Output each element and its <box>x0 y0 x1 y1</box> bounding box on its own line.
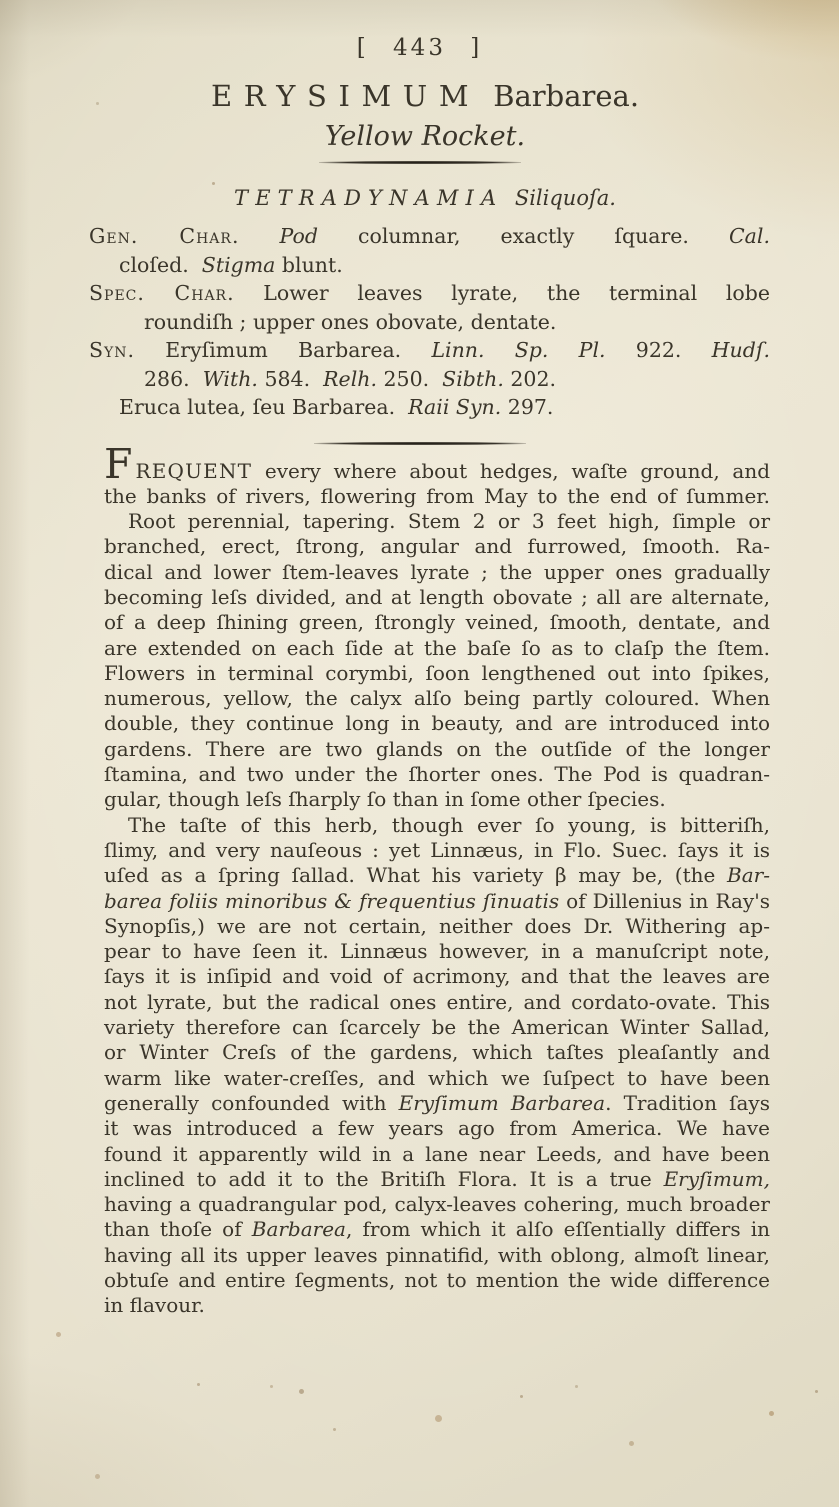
text-segment: in flavour. <box>104 1293 205 1317</box>
text-segment: With. <box>203 367 258 391</box>
text-segment: Barbarea <box>252 1217 346 1241</box>
body-paragraph: Root perennial, tapering. Stem 2 or 3 fe… <box>104 509 770 813</box>
text-line: Syn. Eryſimum Barbarea. Linn. Sp. Pl. 92… <box>89 336 770 365</box>
text-segment: found it apparently wild in a lane near … <box>104 1142 770 1166</box>
text-segment: numerous, yellow, the calyx alſo being p… <box>104 686 770 710</box>
text-segment: dical and lower ſtem-leaves lyrate ; the… <box>104 560 770 584</box>
text-segment: . Tradition ſays <box>605 1091 770 1115</box>
text-segment: having a quadrangular pod, calyx-leaves … <box>104 1192 770 1216</box>
text-segment: the banks of rivers, flowering from May … <box>104 484 770 508</box>
text-line: uſed as a ſpring ſallad. What his variet… <box>104 863 770 888</box>
text-line: having all its upper leaves pinnatifid, … <box>104 1243 770 1268</box>
text-segment: it was introduced a few years ago from A… <box>104 1116 770 1140</box>
text-segment: ſtamina, and two under the ſhorter ones.… <box>104 762 770 786</box>
text-line: in flavour. <box>104 1293 770 1318</box>
book-page: [ 443 ] ERYSIMUMBarbarea. Yellow Rocket.… <box>0 0 839 1507</box>
page-number: [ 443 ] <box>0 0 839 62</box>
text-line: inclined to add it to the Britiſh Flora.… <box>104 1167 770 1192</box>
text-segment: Pod <box>280 224 318 248</box>
text-segment: variety therefore can ſcarcely be the Am… <box>104 1015 770 1039</box>
text-segment: 250. <box>377 367 442 391</box>
text-line: pear to have ſeen it. Linnæus however, i… <box>104 939 770 964</box>
text-line: roundiſh ; upper ones obovate, dentate. <box>89 308 770 337</box>
text-line: Root perennial, tapering. Stem 2 or 3 fe… <box>104 509 770 534</box>
text-segment: obtuſe and entire ſegments, not to menti… <box>104 1268 770 1292</box>
page-title: ERYSIMUMBarbarea. <box>85 78 765 114</box>
text-line: having a quadrangular pod, calyx-leaves … <box>104 1192 770 1217</box>
text-segment: Sibth. <box>442 367 504 391</box>
common-name: Yellow Rocket. <box>85 121 765 153</box>
text-segment: ſlimy, and very nauſeous : yet Linnæus, … <box>104 838 770 862</box>
text-segment: warm like water-creſſes, and which we ſu… <box>104 1066 770 1090</box>
text-segment: every where about hedges, waſte ground, … <box>252 459 770 483</box>
text-segment: not lyrate, but the radical ones entire,… <box>104 990 770 1014</box>
text-segment: uſed as a ſpring ſallad. What his variet… <box>104 863 727 887</box>
text-line: Spec. Char. Lower leaves lyrate, the ter… <box>89 279 770 308</box>
text-line: Flowers in terminal corymbi, ſoon length… <box>104 661 770 686</box>
text-line: of a deep ſhining green, ſtrongly veined… <box>104 610 770 635</box>
text-segment: Stigma <box>202 253 276 277</box>
text-segment: barea foliis minoribus & frequentius ſin… <box>104 889 559 913</box>
text-segment: 297. <box>501 395 553 419</box>
text-line: 286. With. 584. Relh. 250. Sibth. 202. <box>89 365 770 394</box>
spec-char-label: Spec. Char. <box>89 281 235 305</box>
text-segment: are extended on each ſide at the baſe ſo… <box>104 636 770 660</box>
text-segment: Lower leaves lyrate, the terminal lobe <box>235 281 770 305</box>
text-line: obtuſe and entire ſegments, not to menti… <box>104 1268 770 1293</box>
text-segment: becoming leſs divided, and at length obo… <box>104 585 770 609</box>
text-segment: blunt. <box>275 253 342 277</box>
text-segment: gardens. There are two glands on the out… <box>104 737 770 761</box>
text-segment: ſays it is inſipid and void of acrimony,… <box>104 964 770 988</box>
text-line: barea foliis minoribus & frequentius ſin… <box>104 889 770 914</box>
text-segment: Linn. Sp. Pl. <box>431 338 605 362</box>
page-number-text: [ 443 ] <box>357 35 482 61</box>
text-line: gardens. There are two glands on the out… <box>104 737 770 762</box>
syn-label: Syn. <box>89 338 135 362</box>
text-segment: inclined to add it to the Britiſh Flora.… <box>104 1167 664 1191</box>
text-segment: gular, though leſs ſharply ſo than in ſo… <box>104 787 666 811</box>
text-line: found it apparently wild in a lane near … <box>104 1142 770 1167</box>
text-segment: Flowers in terminal corymbi, ſoon length… <box>104 661 770 685</box>
text-segment: or Winter Creſs of the gardens, which ta… <box>104 1040 770 1064</box>
text-line: ſtamina, and two under the ſhorter ones.… <box>104 762 770 787</box>
text-segment: generally confounded with <box>104 1091 399 1115</box>
gen-char-label: Gen. Char. <box>89 224 239 248</box>
text-segment: Synopſis,) we are not certain, neither d… <box>104 914 770 938</box>
text-line: the banks of rivers, flowering from May … <box>104 484 770 509</box>
description-section: FREQUENT every where about hedges, waſte… <box>104 459 770 1319</box>
text-line: gular, though leſs ſharply ſo than in ſo… <box>104 787 770 812</box>
text-line: numerous, yellow, the calyx alſo being p… <box>104 686 770 711</box>
text-line: not lyrate, but the radical ones entire,… <box>104 990 770 1015</box>
text-line: becoming leſs divided, and at length obo… <box>104 585 770 610</box>
text-line: variety therefore can ſcarcely be the Am… <box>104 1015 770 1040</box>
text-line: Synopſis,) we are not certain, neither d… <box>104 914 770 939</box>
taxonomy-line: TETRADYNAMIASiliquoſa. <box>85 184 765 212</box>
text-line: it was introduced a few years ago from A… <box>104 1116 770 1141</box>
text-segment: , from which it alſo eſſentially differs… <box>346 1217 770 1241</box>
divider-rule <box>319 161 521 164</box>
text-segment: Raii Syn. <box>408 395 501 419</box>
text-line: are extended on each ſide at the baſe ſo… <box>104 636 770 661</box>
characters-section: Gen. Char. Pod columnar, exactly ſquare.… <box>89 222 770 422</box>
text-line: generally confounded with Eryſimum Barba… <box>104 1091 770 1116</box>
text-segment: Bar- <box>727 863 770 887</box>
text-line: than thoſe of Barbarea, from which it al… <box>104 1217 770 1242</box>
text-line: Gen. Char. Pod columnar, exactly ſquare.… <box>89 222 770 251</box>
text-segment: of Dillenius in Ray's <box>559 889 770 913</box>
text-segment: Eryſimum Barbarea. <box>135 338 431 362</box>
text-segment: columnar, exactly ſquare. <box>318 224 729 248</box>
text-line: The taſte of this herb, though ever ſo y… <box>104 813 770 838</box>
text-segment: roundiſh ; upper ones obovate, dentate. <box>144 310 556 334</box>
text-line: ſlimy, and very nauſeous : yet Linnæus, … <box>104 838 770 863</box>
text-segment <box>239 224 279 248</box>
text-line: dical and lower ſtem-leaves lyrate ; the… <box>104 560 770 585</box>
text-line: or Winter Creſs of the gardens, which ta… <box>104 1040 770 1065</box>
text-segment: double, they continue long in beauty, an… <box>104 711 770 735</box>
text-segment: Root perennial, tapering. Stem 2 or 3 fe… <box>128 509 770 533</box>
text-line: cloſed. Stigma blunt. <box>89 251 770 280</box>
text-segment: The taſte of this herb, though ever ſo y… <box>128 813 770 837</box>
text-segment: Cal. <box>729 224 770 248</box>
text-segment: Eryſimum, <box>664 1167 770 1191</box>
text-segment: of a deep ſhining green, ſtrongly veined… <box>104 610 770 634</box>
text-line: ſays it is inſipid and void of acrimony,… <box>104 964 770 989</box>
text-segment: 286. <box>144 367 203 391</box>
text-segment: pear to have ſeen it. Linnæus however, i… <box>104 939 770 963</box>
text-line: double, they continue long in beauty, an… <box>104 711 770 736</box>
text-line: Eruca lutea, ſeu Barbarea. Raii Syn. 297… <box>89 393 770 422</box>
text-segment: 584. <box>258 367 323 391</box>
text-line: warm like water-creſſes, and which we ſu… <box>104 1066 770 1091</box>
text-line: FREQUENT every where about hedges, waſte… <box>104 459 770 484</box>
text-segment: Relh. <box>323 367 377 391</box>
text-segment: cloſed. <box>119 253 202 277</box>
genus-name: ERYSIMUM <box>211 79 480 113</box>
text-segment: 922. <box>606 338 712 362</box>
text-segment: branched, erect, ſtrong, angular and fur… <box>104 534 770 558</box>
body-paragraph: The taſte of this herb, though ever ſo y… <box>104 813 770 1319</box>
taxonomy-order: Siliquoſa. <box>515 186 616 210</box>
divider-rule <box>314 442 526 445</box>
text-segment: Eruca lutea, ſeu Barbarea. <box>119 395 408 419</box>
text-segment: Eryſimum Barbarea <box>399 1091 605 1115</box>
body-paragraph: FREQUENT every where about hedges, waſte… <box>104 459 770 510</box>
text-segment: than thoſe of <box>104 1217 252 1241</box>
text-segment: Hudſ. <box>712 338 770 362</box>
text-segment: having all its upper leaves pinnatifid, … <box>104 1243 770 1267</box>
species-name: Barbarea. <box>493 79 639 113</box>
text-segment: 202. <box>504 367 556 391</box>
text-line: branched, erect, ſtrong, angular and fur… <box>104 534 770 559</box>
drop-cap: F <box>104 440 135 488</box>
taxonomy-class: TETRADYNAMIA <box>234 186 503 210</box>
text-segment: REQUENT <box>135 459 252 483</box>
